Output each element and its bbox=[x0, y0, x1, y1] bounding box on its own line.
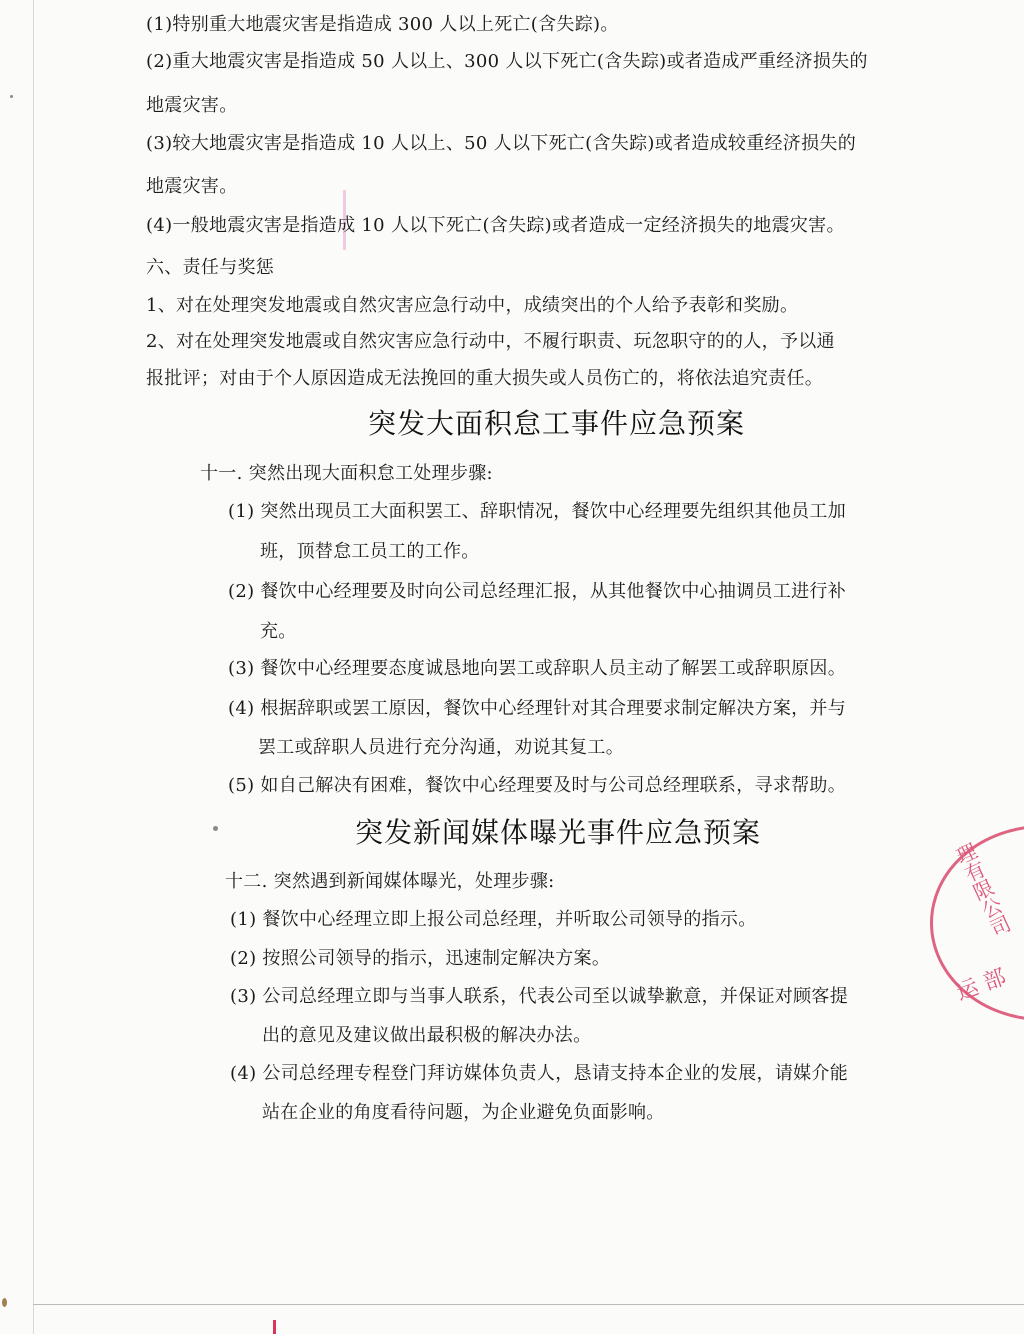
strike-step-1-cont: 班，顶替怠工员工的工作。 bbox=[260, 540, 480, 564]
earthquake-level-2: (2)重大地震灾害是指造成 50 人以上、300 人以下死亡(含失踪)或者造成严… bbox=[146, 50, 868, 74]
seal-dept-text: 运 部 bbox=[951, 960, 1010, 1007]
page-left-edge bbox=[33, 0, 34, 1334]
section-six-line-3: 报批评；对由于个人原因造成无法挽回的重大损失或人员伤亡的，将依法追究责任。 bbox=[146, 367, 823, 391]
section-six-title: 六、责任与奖惩 bbox=[146, 256, 274, 280]
scan-speck bbox=[10, 95, 13, 98]
strike-step-2-cont: 充。 bbox=[260, 620, 297, 644]
strike-plan-subtitle: 十一. 突然出现大面积怠工处理步骤: bbox=[200, 462, 493, 486]
media-step-3-cont: 出的意见及建议做出最积极的解决办法。 bbox=[262, 1024, 591, 1048]
earthquake-level-2-cont: 地震灾害。 bbox=[146, 94, 238, 118]
strike-step-1: (1) 突然出现员工大面积罢工、辞职情况，餐饮中心经理要先组织其他员工加 bbox=[228, 500, 846, 524]
media-step-2: (2) 按照公司领导的指示，迅速制定解决方案。 bbox=[230, 947, 610, 971]
earthquake-level-1: (1)特别重大地震灾害是指造成 300 人以上死亡(含失踪)。 bbox=[146, 13, 619, 37]
page-bottom-edge bbox=[33, 1304, 1024, 1305]
section-six-line-1: 1、对在处理突发地震或自然灾害应急行动中，成绩突出的个人给予表彰和奖励。 bbox=[146, 294, 798, 318]
seal-company-text: 理有限公司 bbox=[951, 840, 1013, 940]
media-step-4: (4) 公司总经理专程登门拜访媒体负责人，恳请支持本企业的发展，请媒介能 bbox=[230, 1062, 848, 1086]
strike-step-5: (5) 如自己解决有困难，餐饮中心经理要及时与公司总经理联系，寻求帮助。 bbox=[228, 774, 846, 798]
company-seal-stamp: 理有限公司 运 部 bbox=[930, 825, 1024, 1021]
section-six-line-2: 2、对在处理突发地震或自然灾害应急行动中，不履行职责、玩忽职守的的人，予以通 bbox=[146, 330, 835, 354]
strike-step-2: (2) 餐饮中心经理要及时向公司总经理汇报，从其他餐饮中心抽调员工进行补 bbox=[228, 580, 846, 604]
strike-step-4: (4) 根据辞职或罢工原因，餐饮中心经理针对其合理要求制定解决方案，并与 bbox=[228, 697, 846, 721]
scan-mark bbox=[273, 1320, 276, 1334]
earthquake-level-4: (4)一般地震灾害是指造成 10 人以下死亡(含失踪)或者造成一定经济损失的地震… bbox=[146, 214, 845, 238]
media-step-4-cont: 站在企业的角度看待问题，为企业避免负面影响。 bbox=[262, 1101, 665, 1125]
strike-plan-heading: 突发大面积怠工事件应急预案 bbox=[368, 407, 745, 441]
earthquake-level-3: (3)较大地震灾害是指造成 10 人以上、50 人以下死亡(含失踪)或者造成较重… bbox=[146, 132, 856, 156]
media-plan-subtitle: 十二. 突然遇到新闻媒体曝光，处理步骤: bbox=[225, 870, 555, 894]
media-plan-heading: 突发新闻媒体曝光事件应急预案 bbox=[355, 816, 761, 850]
strike-step-4-cont: 罢工或辞职人员进行充分沟通，劝说其复工。 bbox=[258, 736, 624, 760]
scan-speck bbox=[213, 826, 218, 831]
media-step-1: (1) 餐饮中心经理立即上报公司总经理，并听取公司领导的指示。 bbox=[230, 908, 757, 932]
earthquake-level-3-cont: 地震灾害。 bbox=[146, 175, 238, 199]
strike-step-3: (3) 餐饮中心经理要态度诚恳地向罢工或辞职人员主动了解罢工或辞职原因。 bbox=[228, 657, 846, 681]
media-step-3: (3) 公司总经理立即与当事人联系，代表公司至以诚挚歉意，并保证对顾客提 bbox=[230, 985, 848, 1009]
scan-speck bbox=[2, 1298, 7, 1307]
